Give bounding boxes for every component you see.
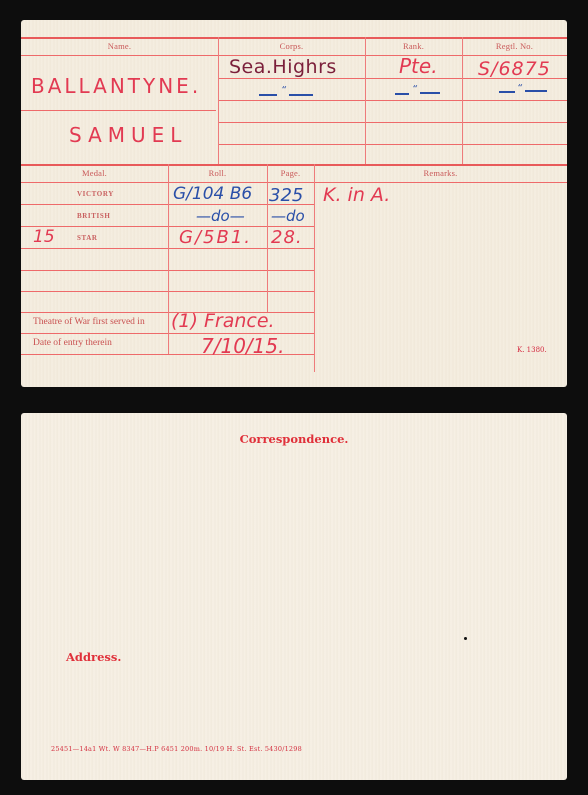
regt-no-value: S/6875: [478, 58, 551, 80]
ditto-dash: [259, 94, 277, 96]
surname: BALLANTYNE.: [31, 74, 201, 98]
header-rank: Rank.: [365, 41, 462, 51]
medal-prefix-15: 15: [33, 227, 55, 247]
ditto-mark-regt: “: [517, 83, 522, 94]
ditto-mark-rank: “: [412, 84, 417, 95]
rule-row3: [218, 122, 567, 123]
col-roll-page: [267, 164, 268, 312]
address-label: Address.: [66, 650, 121, 664]
rule-row4: [218, 144, 567, 145]
header-remarks: Remarks.: [314, 168, 567, 178]
theatre-label: Theatre of War first served in: [33, 317, 145, 327]
entry-value: 7/10/15.: [201, 334, 284, 358]
rule-row2: [218, 100, 567, 101]
header-corps: Corps.: [218, 41, 365, 51]
ditto-mark-corps: “: [281, 85, 286, 96]
header-page: Page.: [267, 168, 314, 178]
medal-name-star: STAR: [77, 234, 98, 242]
ditto-dash: [420, 92, 440, 94]
header-name: Name.: [21, 41, 218, 51]
ink-dot: [464, 637, 467, 640]
remarks-value: K. in A.: [323, 184, 390, 206]
col-page-remarks: [314, 164, 315, 372]
col-corps-rank: [365, 37, 366, 164]
corps-value: Sea.Highrs: [229, 56, 337, 78]
roll-star: G/5B1.: [179, 227, 252, 248]
rule-section: [21, 164, 567, 166]
header-medal: Medal.: [21, 168, 168, 178]
printer-imprint: 25451—14a1 Wt. W 8347—H.P 6451 200m. 10/…: [51, 745, 302, 753]
col-medal-roll: [168, 164, 169, 354]
page-victory: 325: [269, 185, 303, 206]
roll-victory: G/104 B6: [173, 184, 252, 204]
ditto-dash: [289, 94, 313, 96]
rule-top: [21, 37, 567, 39]
forename: SAMUEL: [69, 123, 187, 147]
ditto-dash: [499, 91, 515, 93]
page-british: —do: [271, 207, 305, 225]
correspondence-title: Correspondence.: [21, 432, 567, 446]
rule-medal-header: [21, 182, 567, 183]
page-star: 28.: [271, 227, 303, 248]
medal-name-victory: VICTORY: [77, 190, 114, 198]
rank-value: Pte.: [399, 54, 438, 78]
medal-index-card-front: Name. Corps. Rank. Regtl. No. BALLANTYNE…: [21, 20, 567, 387]
rule-name-split: [21, 110, 216, 111]
theatre-value: (1) France.: [171, 310, 275, 332]
col-name-corps: [218, 37, 219, 164]
medal-index-card-back: Correspondence. Address. 25451—14a1 Wt. …: [21, 413, 567, 780]
form-code: K. 1380.: [517, 346, 547, 354]
medal-name-british: BRITISH: [77, 212, 110, 220]
col-rank-regt: [462, 37, 463, 164]
roll-british: —do—: [196, 207, 245, 225]
entry-label: Date of entry therein: [33, 338, 112, 348]
ditto-dash: [525, 90, 547, 92]
header-roll: Roll.: [168, 168, 267, 178]
ditto-dash: [395, 93, 409, 95]
header-regt-no: Regtl. No.: [462, 41, 567, 51]
